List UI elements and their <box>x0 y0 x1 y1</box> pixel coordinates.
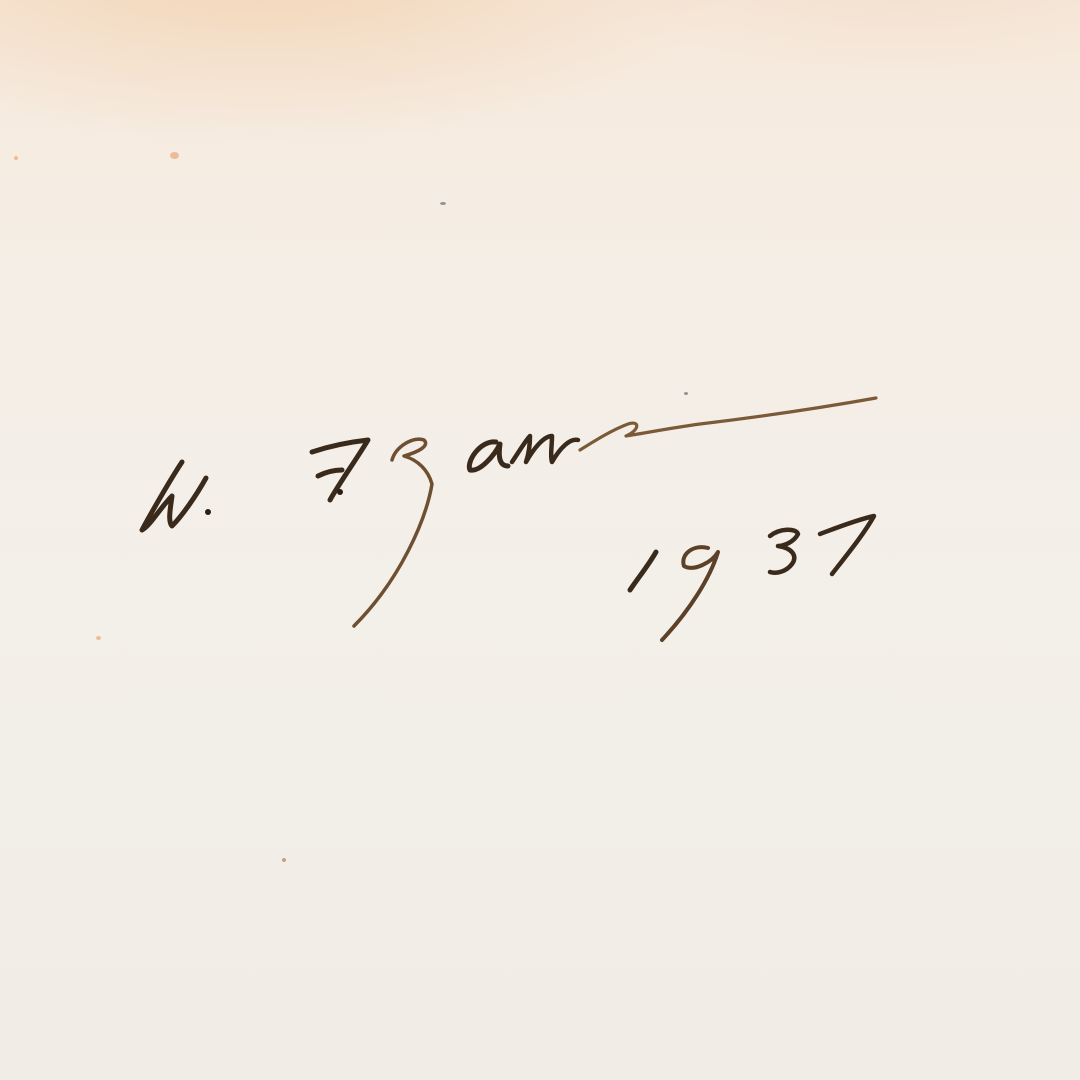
handwritten-signature <box>0 0 1080 1080</box>
paper-background: W. F. Game 1931 <box>0 0 1080 1080</box>
